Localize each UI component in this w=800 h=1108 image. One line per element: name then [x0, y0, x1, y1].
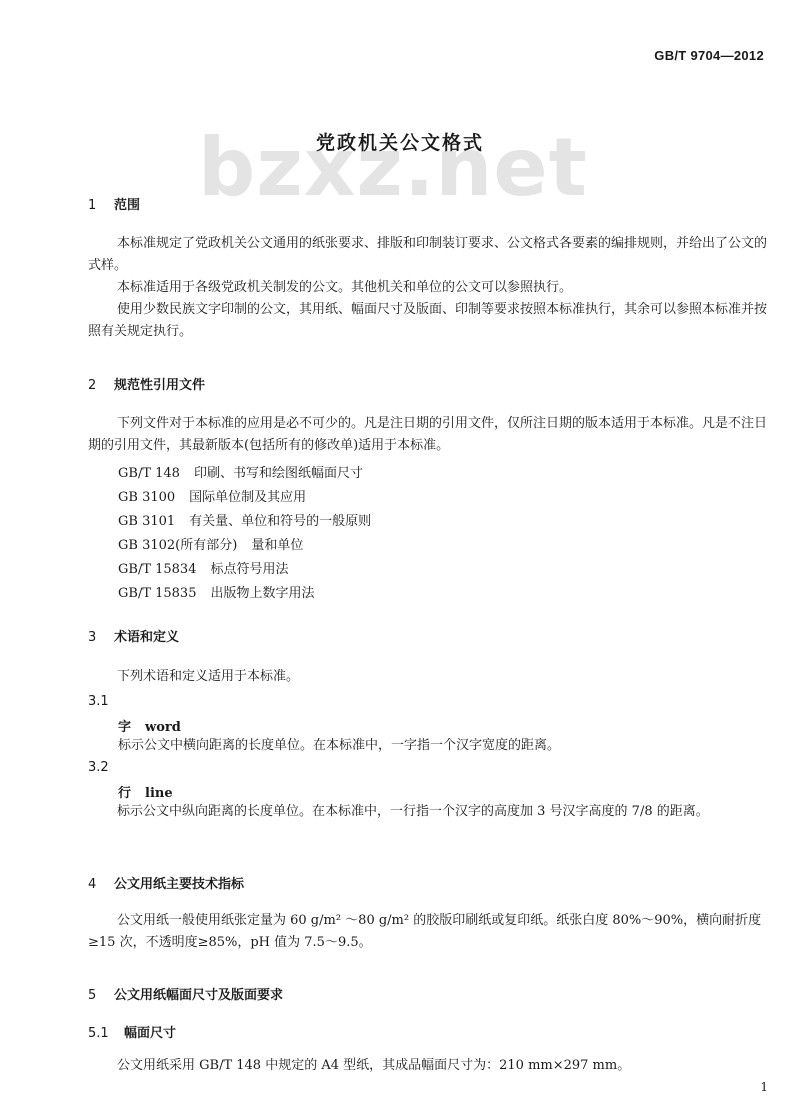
term-number: 3.2: [88, 760, 109, 775]
term-en: line: [145, 786, 173, 801]
reference-code: GB/T 15835: [118, 586, 196, 601]
paragraph: 公文用纸一般使用纸张定量为 60 g/m² ～80 g/m² 的胶版印刷纸或复印…: [88, 910, 768, 954]
section-title: 规范性引用文件: [114, 378, 205, 393]
section-heading-4: 4公文用纸主要技术指标: [88, 873, 244, 892]
reference-title: 量和单位: [251, 538, 303, 553]
reference-item: GB 3101有关量、单位和符号的一般原则: [118, 510, 371, 529]
page-number: 1: [760, 1080, 768, 1094]
standard-code: GB/T 9704—2012: [654, 48, 764, 63]
reference-code: GB 3102(所有部分): [118, 534, 237, 553]
reference-title: 出版物上数字用法: [210, 586, 314, 601]
section-number: 1: [88, 198, 114, 213]
section-heading-3: 3术语和定义: [88, 626, 179, 645]
reference-code: GB 3101: [118, 514, 175, 529]
reference-code: GB/T 148: [118, 466, 180, 481]
section-title: 范围: [114, 198, 140, 213]
term-definition: 标示公文中纵向距离的长度单位。在本标准中，一行指一个汉字的高度加 3 号汉字高度…: [88, 801, 768, 823]
paragraph: 公文用纸采用 GB/T 148 中规定的 A4 型纸，其成品幅面尺寸为：210 …: [88, 1055, 768, 1077]
reference-item: GB/T 15834标点符号用法: [118, 558, 289, 577]
subsection-number: 5.1: [88, 1026, 124, 1041]
paragraph: 下列文件对于本标准的应用是必不可少的。凡是注日期的引用文件，仅所注日期的版本适用…: [88, 413, 768, 457]
reference-item: GB 3100国际单位制及其应用: [118, 486, 306, 505]
section-number: 4: [88, 877, 114, 892]
section-heading-2: 2规范性引用文件: [88, 374, 205, 393]
paragraph: 本标准适用于各级党政机关制发的公文。其他机关和单位的公文可以参照执行。: [88, 277, 768, 299]
section-title: 公文用纸幅面尺寸及版面要求: [114, 988, 283, 1003]
term-number: 3.1: [88, 694, 109, 709]
term-heading: 字word: [118, 716, 181, 735]
reference-code: GB 3100: [118, 490, 175, 505]
term-heading: 行line: [118, 782, 173, 801]
term-zh: 行: [118, 786, 131, 801]
reference-item: GB/T 15835出版物上数字用法: [118, 582, 315, 601]
section-number: 3: [88, 630, 114, 645]
section-number: 5: [88, 988, 114, 1003]
section-heading-5: 5公文用纸幅面尺寸及版面要求: [88, 984, 283, 1003]
document-title: 党政机关公文格式: [0, 128, 800, 155]
paragraph: 使用少数民族文字印制的公文，其用纸、幅面尺寸及版面、印制等要求按照本标准执行，其…: [88, 299, 768, 343]
section-heading-1: 1范围: [88, 194, 140, 213]
subsection-title: 幅面尺寸: [124, 1026, 176, 1041]
reference-title: 国际单位制及其应用: [189, 490, 306, 505]
term-definition: 标示公文中横向距离的长度单位。在本标准中，一字指一个汉字宽度的距离。: [88, 735, 768, 757]
reference-title: 有关量、单位和符号的一般原则: [189, 514, 371, 529]
term-en: word: [145, 720, 181, 735]
paragraph: 本标准规定了党政机关公文通用的纸张要求、排版和印制装订要求、公文格式各要素的编排…: [88, 233, 768, 277]
section-title: 公文用纸主要技术指标: [114, 877, 244, 892]
section-title: 术语和定义: [114, 630, 179, 645]
reference-item: GB/T 148印刷、书写和绘图纸幅面尺寸: [118, 462, 363, 481]
paragraph: 下列术语和定义适用于本标准。: [88, 666, 768, 688]
reference-title: 标点符号用法: [210, 562, 288, 577]
term-zh: 字: [118, 720, 131, 735]
section-number: 2: [88, 378, 114, 393]
reference-title: 印刷、书写和绘图纸幅面尺寸: [194, 466, 363, 481]
subsection-heading-5-1: 5.1幅面尺寸: [88, 1022, 176, 1041]
reference-code: GB/T 15834: [118, 562, 196, 577]
reference-item: GB 3102(所有部分)量和单位: [118, 534, 303, 553]
